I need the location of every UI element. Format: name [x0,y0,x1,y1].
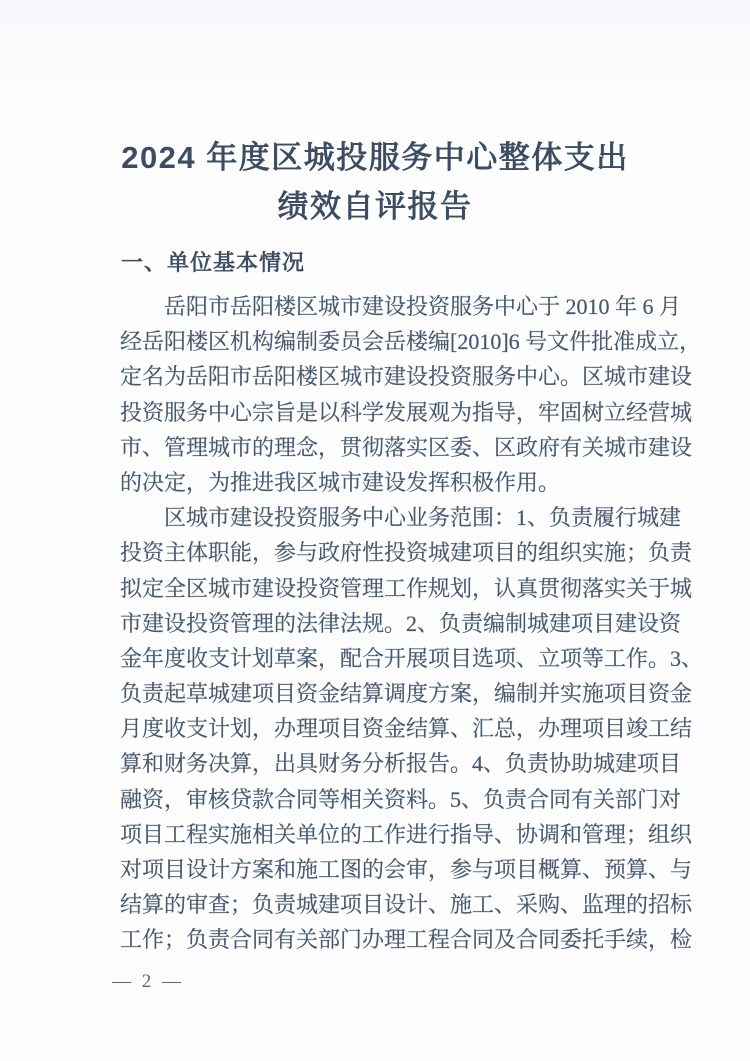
body-line: 区城市建设投资服务中心业务范围：1、负责履行城建 [120,500,653,535]
body-line: 拟定全区城市建设投资管理工作规划，认真贯彻落实关于城 [120,571,653,606]
scan-artifact [0,0,750,120]
body-text: 岳阳市岳阳楼区城市建设投资服务中心于 2010 年 6 月 经岳阳楼区机构编制委… [120,289,653,958]
body-line: 金年度收支计划草案，配合开展项目选项、立项等工作。3、 [120,641,653,676]
body-line: 工作；负责合同有关部门办理工程合同及合同委托手续，检 [120,922,653,957]
body-line: 的决定，为推进我区城市建设发挥积极作用。 [120,465,653,500]
body-line: 投资服务中心宗旨是以科学发展观为指导，牢固树立经营城 [120,395,653,430]
body-line: 经岳阳楼区机构编制委员会岳楼编[2010]6 号文件批准成立， [120,324,653,359]
body-line: 岳阳市岳阳楼区城市建设投资服务中心于 2010 年 6 月 [120,289,653,324]
body-line: 定名为岳阳市岳阳楼区城市建设投资服务中心。区城市建设 [120,359,653,394]
section-heading: 一、单位基本情况 [121,246,305,277]
document-page: 2024 年度区城投服务中心整体支出 绩效自评报告 一、单位基本情况 岳阳市岳阳… [0,0,750,1061]
document-title: 2024 年度区城投服务中心整体支出 绩效自评报告 [0,133,750,231]
body-line: 算和财务决算，出具财务分析报告。4、负责协助城建项目 [120,746,653,781]
body-line: 结算的审查；负责城建项目设计、施工、采购、监理的招标 [120,887,653,922]
document-title-line2: 绩效自评报告 [0,182,750,231]
body-line: 负责起草城建项目资金结算调度方案，编制并实施项目资金 [120,676,653,711]
body-line: 市、管理城市的理念，贯彻落实区委、区政府有关城市建设 [120,430,653,465]
body-line: 市建设投资管理的法律法规。2、负责编制城建项目建设资 [120,606,653,641]
body-line: 月度收支计划，办理项目资金结算、汇总，办理项目竣工结 [120,711,653,746]
document-title-line1: 2024 年度区城投服务中心整体支出 [0,133,750,182]
body-line: 对项目设计方案和施工图的会审，参与项目概算、预算、与 [120,852,653,887]
page-number: — 2 — [112,971,184,993]
body-line: 项目工程实施相关单位的工作进行指导、协调和管理；组织 [120,817,653,852]
body-line: 融资，审核贷款合同等相关资料。5、负责合同有关部门对 [120,782,653,817]
body-line: 投资主体职能，参与政府性投资城建项目的组织实施；负责 [120,535,653,570]
